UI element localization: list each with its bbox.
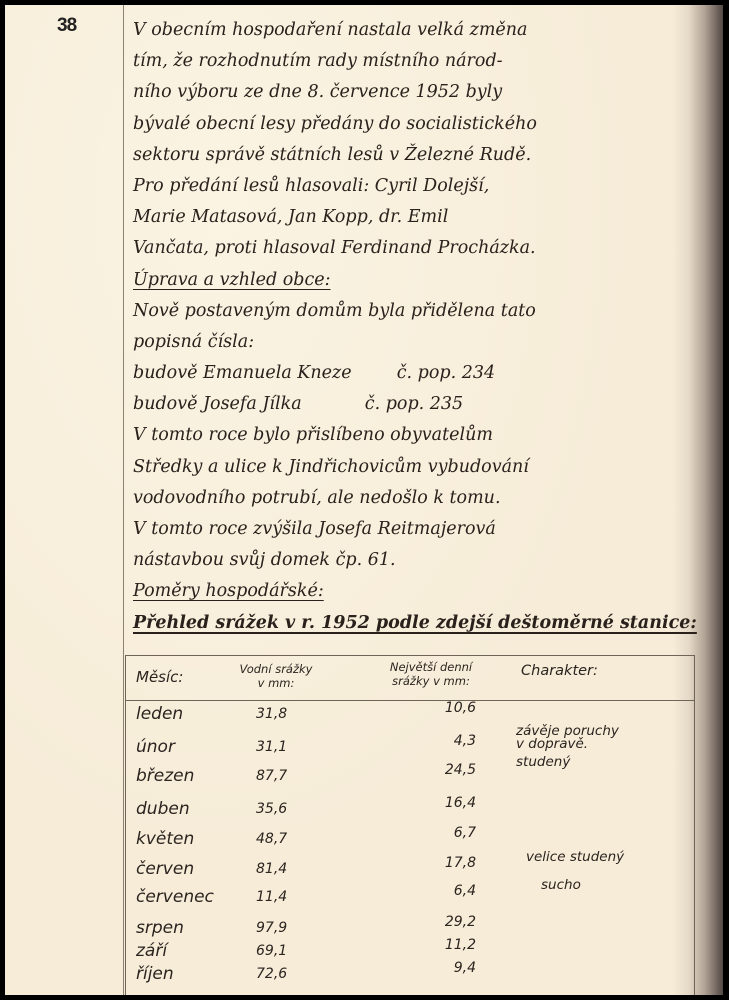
- table-row: duben 35,6 16,4: [126, 799, 694, 823]
- cell-max: 11,2: [426, 937, 476, 953]
- cell-total: 31,8: [256, 706, 287, 722]
- table-row: březen 87,7 24,5 studený: [126, 766, 694, 790]
- cell-character: studený: [516, 756, 570, 769]
- document-page: 38 V obecním hospodaření nastala velká z…: [5, 5, 723, 995]
- house-number-entry: budově Emanuela Kneze č. pop. 234: [133, 358, 693, 389]
- cell-month: červenec: [136, 887, 214, 907]
- cell-total: 72,6: [256, 966, 287, 982]
- text-line: tím, že rozhodnutím rady místního národ-: [133, 46, 693, 77]
- cell-max: 29,2: [426, 914, 476, 930]
- header-character: Charakter:: [521, 664, 598, 678]
- house-number: č. pop. 234: [397, 363, 495, 383]
- house-number: č. pop. 235: [365, 394, 463, 414]
- page-number: 38: [57, 15, 76, 37]
- table-row: srpen 97,9 29,2: [126, 918, 694, 942]
- text-line: Vančata, proti hlasoval Ferdinand Prochá…: [133, 233, 693, 264]
- cell-max: 9,4: [426, 960, 476, 976]
- cell-month: září: [136, 941, 167, 961]
- cell-max: 24,5: [426, 762, 476, 778]
- text-line: bývalé obecní lesy předány do socialisti…: [133, 109, 693, 140]
- text-line: Pro předání lesů hlasovali: Cyril Dolejš…: [133, 171, 693, 202]
- cell-month: únor: [136, 737, 175, 757]
- text-line: V tomto roce bylo přislíbeno obyvatelům: [133, 420, 693, 451]
- cell-month: květen: [136, 829, 194, 849]
- house-owner: budově Emanuela Kneze: [133, 363, 352, 383]
- cell-character: sucho: [541, 879, 581, 892]
- table-row: červenec 11,4 6,4 sucho: [126, 887, 694, 911]
- cell-character: závěje poruchy v dopravě.: [516, 725, 619, 751]
- text-line: ního výboru ze dne 8. července 1952 byly: [133, 77, 693, 108]
- cell-total: 48,7: [256, 831, 287, 847]
- cell-character: velice studený: [526, 851, 624, 864]
- cell-total: 11,4: [256, 889, 287, 905]
- text-line: Marie Matasová, Jan Kopp, dr. Emil: [133, 202, 693, 233]
- cell-total: 69,1: [256, 943, 287, 959]
- cell-total: 87,7: [256, 768, 287, 784]
- header-text: srážky v mm:: [366, 674, 496, 688]
- heading-text: Poměry hospodářské:: [133, 581, 324, 601]
- section-heading-village: Úprava a vzhled obce:: [133, 265, 693, 296]
- text-line: V tomto roce zvýšila Josefa Reitmajerová: [133, 514, 693, 545]
- table-row: červen 81,4 17,8 velice studený: [126, 859, 694, 883]
- header-text: Vodní srážky: [216, 662, 336, 676]
- text-line: Středky a ulice k Jindřichovicům vybudov…: [133, 452, 693, 483]
- cell-total: 97,9: [256, 920, 287, 936]
- margin-rule: [123, 5, 124, 995]
- section-heading-economy: Poměry hospodářské:: [133, 576, 693, 607]
- header-text: v mm:: [216, 676, 336, 690]
- cell-month: leden: [136, 704, 183, 724]
- header-text: Největší denní: [366, 660, 496, 674]
- text-line: popisná čísla:: [133, 327, 693, 358]
- cell-month: říjen: [136, 964, 174, 984]
- cell-month: duben: [136, 799, 190, 819]
- header-total-rainfall: Vodní srážky v mm:: [216, 662, 336, 690]
- cell-total: 31,1: [256, 739, 287, 755]
- table-row: září 69,1 11,2: [126, 941, 694, 965]
- table-row: říjen 72,6 9,4: [126, 964, 694, 988]
- cell-month: březen: [136, 766, 194, 786]
- cell-total: 35,6: [256, 801, 287, 817]
- cell-max: 6,7: [426, 825, 476, 841]
- cell-max: 17,8: [426, 855, 476, 871]
- cell-max: 16,4: [426, 795, 476, 811]
- rainfall-table: Měsíc: Vodní srážky v mm: Největší denní…: [125, 655, 695, 995]
- cell-max: 4,3: [426, 733, 476, 749]
- cell-max: 10,6: [426, 700, 476, 716]
- section-heading-rainfall: Přehled srážek v r. 1952 podle zdejší de…: [133, 608, 693, 639]
- heading-text: Úprava a vzhled obce:: [133, 270, 331, 290]
- text-line: Nově postaveným domům byla přidělena tat…: [133, 296, 693, 327]
- cell-month: srpen: [136, 918, 184, 938]
- text-line: sektoru správě státních lesů v Železné R…: [133, 140, 693, 171]
- house-number-entry: budově Josefa Jílka č. pop. 235: [133, 389, 693, 420]
- house-owner: budově Josefa Jílka: [133, 394, 302, 414]
- header-max-daily: Největší denní srážky v mm:: [366, 660, 496, 688]
- table-header: Měsíc: Vodní srážky v mm: Největší denní…: [126, 656, 694, 701]
- chronicle-text: V obecním hospodaření nastala velká změn…: [133, 15, 693, 639]
- cell-month: červen: [136, 859, 194, 879]
- text-line: V obecním hospodaření nastala velká změn…: [133, 15, 693, 46]
- cell-max: 6,4: [426, 883, 476, 899]
- cell-total: 81,4: [256, 861, 287, 877]
- text-line: nástavbou svůj domek čp. 61.: [133, 545, 693, 576]
- table-row: únor 31,1 4,3 závěje poruchy v dopravě.: [126, 737, 694, 761]
- text-line: vodovodního potrubí, ale nedošlo k tomu.: [133, 483, 693, 514]
- header-month: Měsíc:: [136, 670, 183, 684]
- heading-text: Přehled srážek v r. 1952 podle zdejší de…: [133, 613, 697, 633]
